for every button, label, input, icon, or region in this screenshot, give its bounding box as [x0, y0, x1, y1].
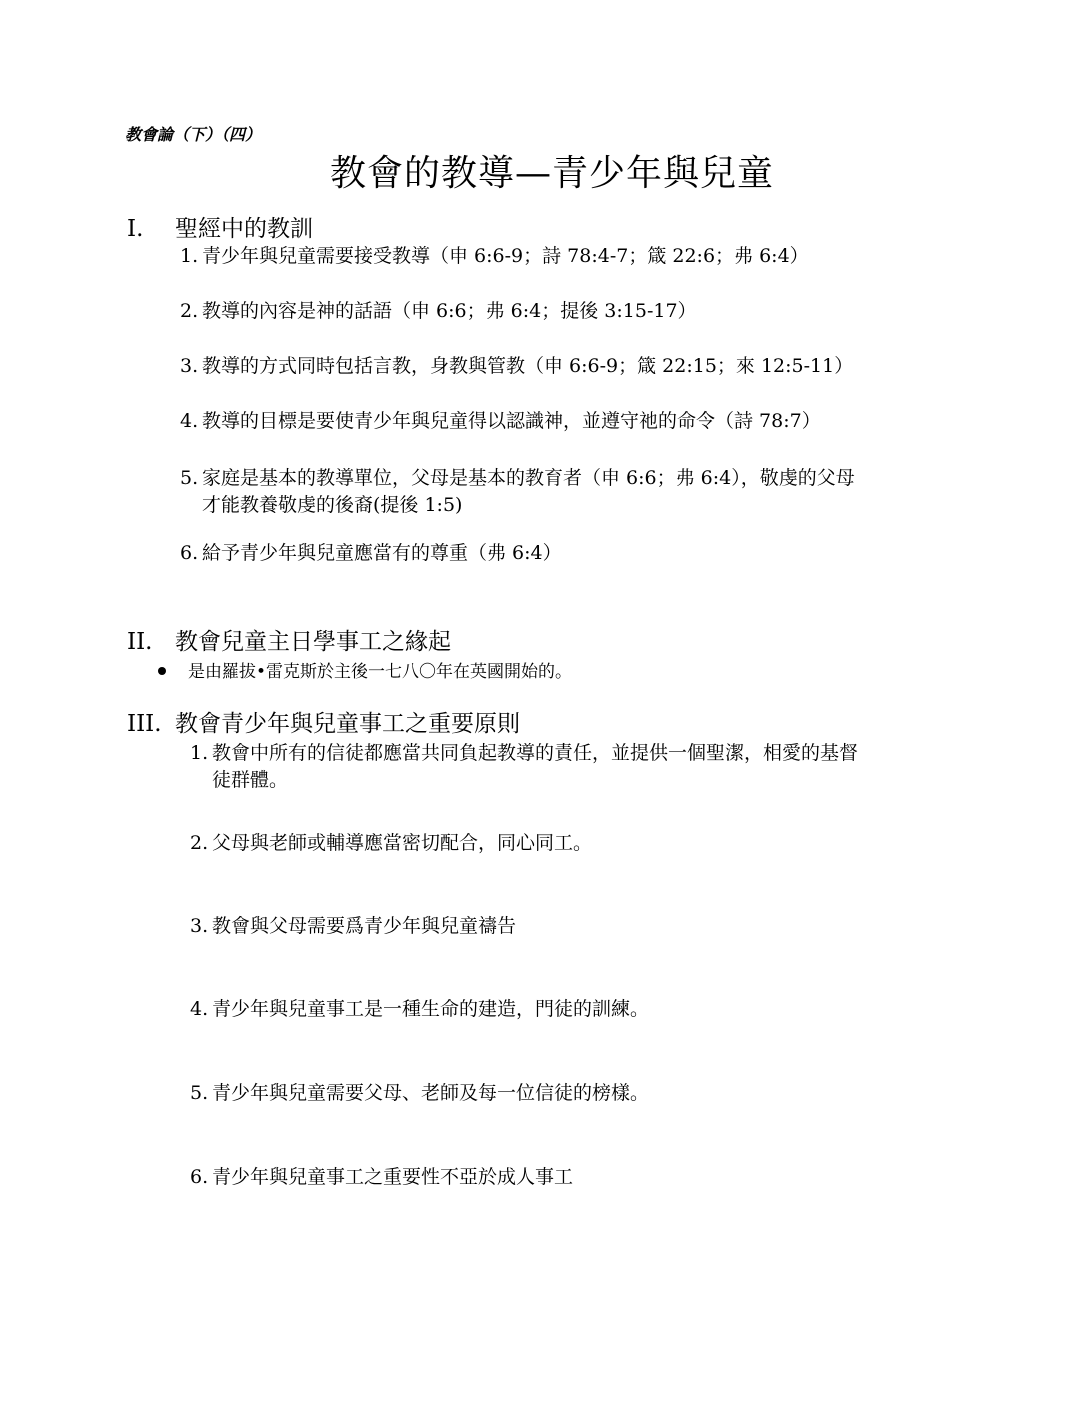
- section-heading-1: I.聖經中的教訓: [127, 210, 313, 243]
- bullet-item: 是由羅拔•雷克斯於主後一七八〇年在英國開始的。: [158, 657, 572, 682]
- section-numeral: III.: [127, 711, 175, 737]
- list-item: 2.教導的內容是神的話語（申 6:6；弗 6:4；提後 3:15-17）: [180, 298, 697, 325]
- list-item: 1.教會中所有的信徒都應當共同負起教導的責任，並提供一個聖潔，相愛的基督徒群體。: [190, 740, 858, 794]
- section-title: 教會兒童主日學事工之緣起: [175, 629, 451, 655]
- list-item-continuation: 徒群體。: [190, 767, 858, 794]
- list-item: 6.給予青少年與兒童應當有的尊重（弗 6:4）: [180, 540, 562, 567]
- section-heading-3: III.教會青少年與兒童事工之重要原則: [127, 705, 520, 738]
- list-item: 2.父母與老師或輔導應當密切配合，同心同工。: [190, 830, 592, 857]
- list-item: 5.家庭是基本的教導單位，父母是基本的教育者（申 6:6；弗 6:4），敬虔的父…: [180, 465, 855, 519]
- list-item: 3.教導的方式同時包括言教，身教與管教（申 6:6-9；箴 22:15；來 12…: [180, 353, 853, 380]
- section-title: 教會青少年與兒童事工之重要原則: [175, 711, 520, 737]
- section-title: 聖經中的教訓: [175, 216, 313, 242]
- bullet-icon: [158, 667, 166, 675]
- section-numeral: I.: [127, 216, 175, 242]
- section-numeral: II.: [127, 629, 175, 655]
- list-item: 3.教會與父母需要爲青少年與兒童禱告: [190, 913, 516, 940]
- list-item-continuation: 才能教養敬虔的後裔(提後 1:5): [180, 492, 855, 519]
- list-item: 1.青少年與兒童需要接受教導（申 6:6-9；詩 78:4-7；箴 22:6；弗…: [180, 243, 809, 270]
- list-item: 4.教導的目標是要使青少年與兒童得以認識神，並遵守祂的命令（詩 78:7）: [180, 408, 821, 435]
- list-item: 4.青少年與兒童事工是一種生命的建造，門徒的訓練。: [190, 996, 649, 1023]
- page-title: 教會的教導—青少年與兒童: [330, 145, 774, 196]
- list-item: 5.青少年與兒童需要父母、老師及每一位信徒的榜樣。: [190, 1080, 649, 1107]
- section-heading-2: II.教會兒童主日學事工之緣起: [127, 623, 451, 656]
- list-item: 6.青少年與兒童事工之重要性不亞於成人事工: [190, 1164, 573, 1191]
- course-label: 教會論（下）（四）: [125, 122, 261, 145]
